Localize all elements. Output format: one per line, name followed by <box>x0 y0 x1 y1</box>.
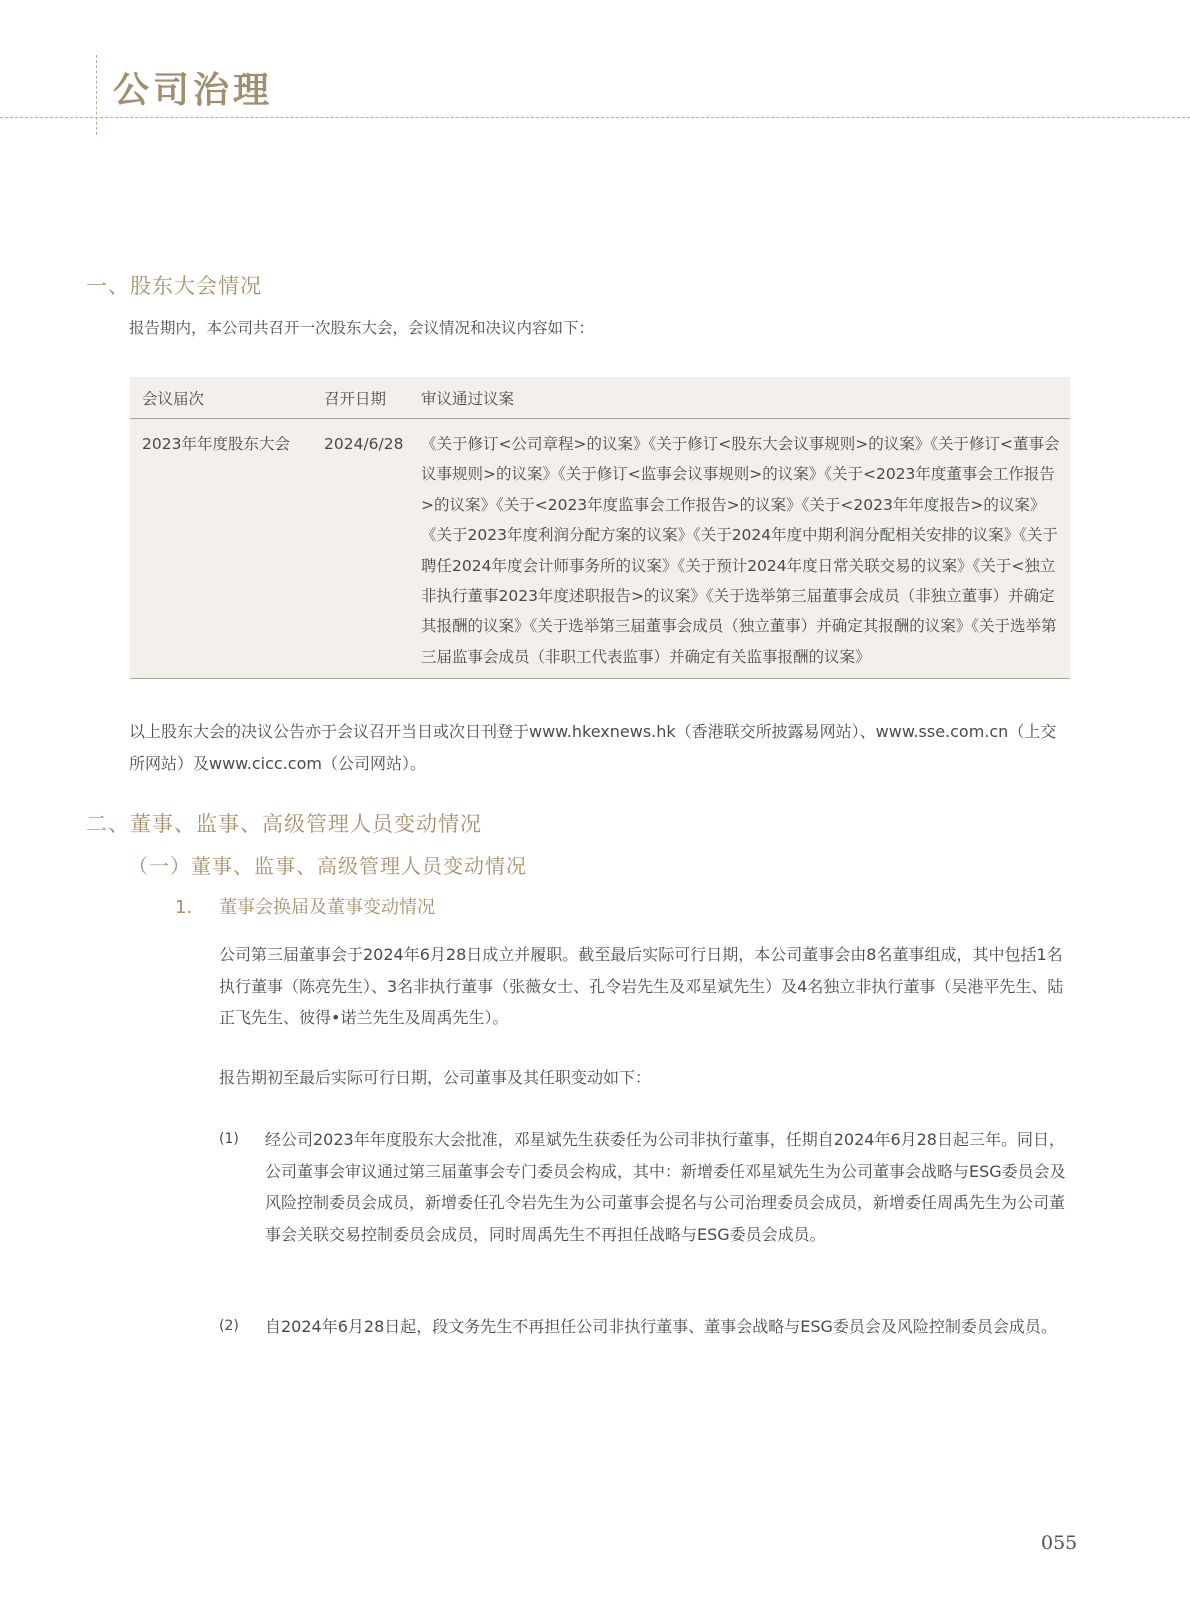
table-header-row: 会议届次 召开日期 审议通过议案 <box>130 377 1070 419</box>
column-header-resolutions: 审议通过议案 <box>409 377 1070 419</box>
cell-resolutions: 《关于修订<公司章程>的议案》《关于修订<股东大会议事规则>的议案》《关于修订<… <box>409 419 1070 679</box>
section2-heading: 二、董事、监事、高级管理人员变动情况 <box>86 808 482 838</box>
table-row: 2023年年度股东大会 2024/6/28 《关于修订<公司章程>的议案》《关于… <box>130 419 1070 679</box>
change-item-label: (1) <box>219 1124 259 1156</box>
section1-intro: 报告期内，本公司共召开一次股东大会，会议情况和决议内容如下： <box>129 313 1069 345</box>
item1-number: 1. <box>175 897 219 918</box>
announcement-note: 以上股东大会的决议公告亦于会议召开当日或次日刊登于www.hkexnews.hk… <box>129 716 1067 779</box>
header-dashed-marker <box>96 55 97 135</box>
column-header-date: 召开日期 <box>312 377 409 419</box>
item1-title: 董事会换届及董事变动情况 <box>219 897 435 918</box>
item1-heading: 1.董事会换届及董事变动情况 <box>175 893 435 919</box>
change-item-text: 经公司2023年年度股东大会批准，邓星斌先生获委任为公司非执行董事，任期自202… <box>265 1124 1071 1250</box>
change-item-text: 自2024年6月28日起，段文务先生不再担任公司非执行董事、董事会战略与ESG委… <box>265 1311 1071 1343</box>
page-number: 055 <box>1041 1532 1077 1554</box>
page-title: 公司治理 <box>113 62 273 113</box>
column-header-session: 会议届次 <box>130 377 312 419</box>
shareholder-meeting-table: 会议届次 召开日期 审议通过议案 2023年年度股东大会 2024/6/28 《… <box>130 377 1070 679</box>
change-item-label: (2) <box>219 1311 259 1343</box>
board-composition-paragraph: 公司第三届董事会于2024年6月28日成立并履职。截至最后实际可行日期，本公司董… <box>219 939 1071 1034</box>
changes-intro-paragraph: 报告期初至最后实际可行日期，公司董事及其任职变动如下： <box>219 1062 1071 1094</box>
section2-subheading: （一）董事、监事、高级管理人员变动情况 <box>128 850 527 879</box>
header-dashed-rule <box>0 117 1190 118</box>
cell-session: 2023年年度股东大会 <box>130 419 312 679</box>
cell-date: 2024/6/28 <box>312 419 409 679</box>
section1-heading: 一、股东大会情况 <box>86 270 262 300</box>
